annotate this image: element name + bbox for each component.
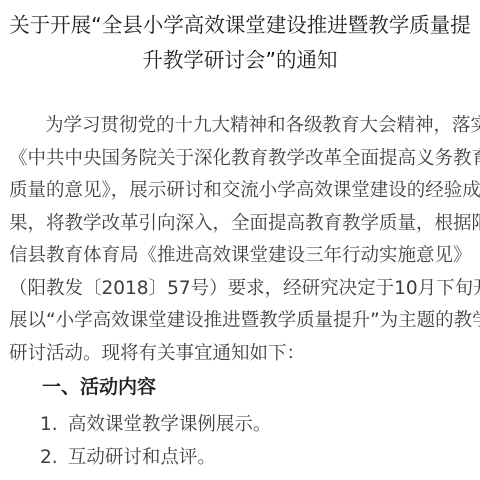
list-item-number: 2. [40,443,62,473]
list-item-text: 高效课堂教学课例展示。 [68,414,272,435]
body-line: 为学习贯彻党的十九大精神和各级教育大会精神，落实 [9,110,479,143]
list-item: 1. 高效课堂教学课例展示。 [40,410,271,440]
notice-title: 关于开展“全县小学高效课堂建设推进暨教学质量提 升教学研讨会”的通知 [0,8,480,78]
notice-body: 为学习贯彻党的十九大精神和各级教育大会精神，落实 《中共中央国务院关于深化教育教… [9,110,479,370]
body-line: 《中共中央国务院关于深化教育教学改革全面提高义务教育 [9,143,479,176]
list-item-number: 1. [40,410,62,440]
body-line: 研讨活动。现将有关事宜通知如下： [9,338,479,371]
body-line: 质量的意见》，展示研讨和交流小学高效课堂建设的经验成 [9,175,479,208]
title-line-2: 升教学研讨会”的通知 [0,43,480,78]
body-line: （阳教发〔2018〕57号）要求，经研究决定于10月下旬开 [9,273,479,306]
title-line-1: 关于开展“全县小学高效课堂建设推进暨教学质量提 [0,8,480,43]
list-item-text: 互动研讨和点评。 [68,447,216,468]
body-line: 果，将教学改革引向深入，全面提高教育教学质量，根据阳 [9,208,479,241]
body-line: 信县教育体育局《推进高效课堂建设三年行动实施意见》 [9,240,479,273]
section-heading: 一、活动内容 [42,372,156,402]
list-item: 2. 互动研讨和点评。 [40,443,216,473]
body-line: 展以“小学高效课堂建设推进暨教学质量提升”为主题的教学 [9,305,479,338]
